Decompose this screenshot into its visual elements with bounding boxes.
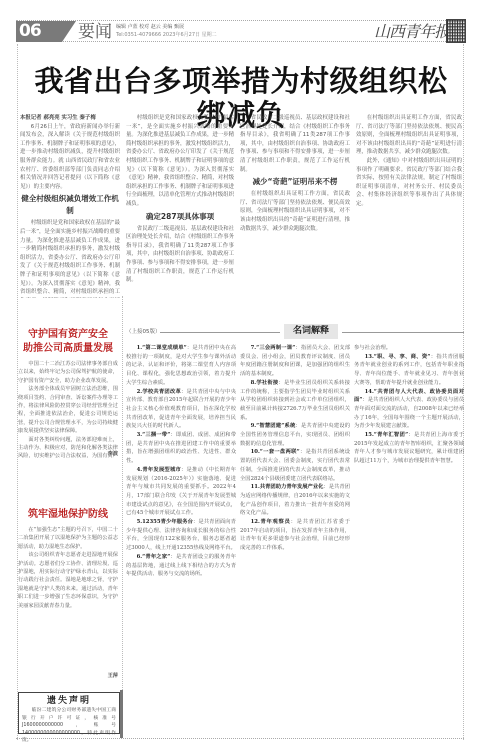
issue-info: Tel:0351-4079666 2023年6月27日 星期二	[116, 32, 217, 39]
masthead: 06 要闻 编辑 卢蓝 校对 赵云 美编 甄展 Tel:0351-4079666…	[16, 20, 464, 42]
glossary-entry: 12.青年观察员：是共青团江苏省委于2017年启动的项目，旨在发挥青年主体作用，…	[240, 518, 350, 553]
lead-story-col-1: 本报记者 郝亮亮 实习生 秦子梅 6月26日上午，省政府新闻办举行新闻发布会，深…	[20, 114, 120, 298]
glossary-entry: 10.“一套一盘两联”：是指共青团系统设置的团代表大会、团委会制度，实行团代表常…	[240, 448, 350, 483]
sidebar-divider	[122, 296, 123, 738]
section-2-paragraph-cont: 省民政厅二级巡视员、基层政权建设和社区治理处处长介绍，结合《村级组织工作事务指导…	[240, 114, 350, 174]
glossary-entry: 3.“三捆一带”：即成团、成团、成团和带团，是共青团中央在推进团建工作中的重要举…	[126, 431, 236, 466]
sidebar-story-1-title: 守护国有资产安全 助推公司高质量发展	[18, 328, 118, 356]
byline: 本报记者 郝亮亮 实习生 秦子梅	[20, 114, 120, 123]
decorative-bar	[120, 690, 123, 738]
qr-code-icon[interactable]	[446, 19, 466, 43]
glossary-entry: 4.青年发展型城市：是推动《中长期青年发展规划（2016-2025年）》实施落地…	[126, 466, 236, 518]
title-line-1: 守护国有资产安全	[18, 328, 118, 342]
glossary-col-3: 参与社会治理。 13.“职、寻、享、商、资”：指共青团服务青年就业创业的系列工作…	[354, 344, 464, 732]
title-line-2: 助推公司高质量发展	[18, 342, 118, 356]
subhead-1: 健全村级组织减负增效工作机制	[20, 193, 120, 217]
glossary-entry: 13.“职、寻、享、商、资”：指共青团服务青年就业创业的系列工作，包括青年职业指…	[354, 353, 464, 388]
glossary-entry: 1.“第二课堂成绩单”：是共青团中央在高校推行的一项制度，是对大学生参与课外活动…	[126, 344, 236, 388]
newspaper-logo: 山西青年报	[374, 21, 449, 42]
section-1-paragraph-cont: 村级组织是党和国家政权在基层的“最后一米”，是全面实施乡村振兴战略的重要力量。为…	[126, 114, 234, 209]
glossary-entry: 14.“共青团与人大代表、政协委员面对面”：是共青团组织人大代表、政协委员与团员…	[354, 388, 464, 432]
notice-title: 遗失声明	[22, 695, 116, 707]
newspaper-page: 06 要闻 编辑 卢蓝 校对 赵云 美编 甄展 Tel:0351-4079666…	[0, 0, 480, 742]
glossary-col-1: 1.“第二课堂成绩单”：是共青团中央在高校推行的一项制度，是对大学生参与课外活动…	[126, 344, 236, 732]
glossary-entry: 11.共青团助力青年发展产业化：是共青团为适应网络传播规律，自2016年以来实施…	[240, 483, 350, 518]
glossary-entry: 6.“青年之家”：是共青团设立的服务青年的基层阵地，通过线上线下相结合的方式为青…	[126, 553, 236, 579]
section-3-paragraph-1-cont: 在村级组织出具证明工作方面，省民政厅、省司法厅等部门坚持依法依规、便民高效原则，…	[356, 114, 462, 157]
glossary-col-2: 7.“三会两制一课”：指团员大会、团支部委员会、团小组会，团员教育评议制度、团员…	[240, 344, 350, 732]
staff-credits: 编辑 卢蓝 校对 赵云 美编 甄展	[116, 24, 184, 31]
issue-date: 2023年6月27日 星期二	[163, 32, 217, 38]
paragraph: 在“加强生态”主题的号召下，中国二十二冶集团开展了以湿地保护为主题的公益志愿活动…	[18, 526, 118, 551]
lead-story-col-2: 村级组织是党和国家政权在基层的“最后一米”，是全面实施乡村振兴战略的重要力量。为…	[126, 114, 234, 298]
glossary-entry: 15.“青年汇智团”：是共青团上海市委于2015年发起成立的青年智库组织，汇聚各…	[354, 431, 464, 466]
glossary-title: 名词解释	[284, 324, 338, 339]
paragraph: 中国二十二冶江苏公司法律事务部自成立以来，始终牢记为公司保驾护航的使命，守护国有…	[18, 360, 118, 385]
sidebar-story-2-body: 在“加强生态”主题的号召下，中国二十二冶集团开展了以湿地保护为主题的公益志愿活动…	[18, 526, 118, 672]
section-2-paragraph: 省民政厅二级巡视员、基层政权建设和社区治理处处长介绍，结合《村级组织工作事务指导…	[126, 225, 234, 285]
glossary-entry: 8.学社衔接：是毕业生团员组织关系转接工作的统称，主要指学生团员毕业时组织关系从…	[240, 379, 350, 423]
rule-left	[160, 332, 280, 333]
glossary-entry: 7.“三会两制一课”：指团员大会、团支部委员会、团小组会，团员教育评议制度、团员…	[240, 344, 350, 379]
glossary-header: （上接05版） 名词解释	[126, 324, 464, 340]
notice-body: 临汾二建筑分公司财务部遗失中国工商银行开户许可证，核准号J16000000000…	[22, 707, 116, 742]
paragraph: 法务部全体成员牢固树立法治思维，围绕项目签约、合同审查、诉讼案件办理等工作，将法…	[18, 385, 118, 435]
lead-story-col-3: 省民政厅二级巡视员、基层政权建设和社区治理处处长介绍，结合《村级组织工作事务指导…	[240, 114, 350, 298]
sidebar-story-1-author: 李波	[18, 450, 118, 458]
section-3-paragraph-2: 此外，《通知》中对村级组织出具证明的事项作了明确要求。省民政厅等部门结合我省实际…	[356, 157, 462, 209]
section-name: 要闻	[78, 22, 112, 42]
bottom-rule	[16, 738, 464, 739]
page-number: 06	[16, 21, 62, 42]
glossary-entry: 2.学校共青团改革：是共青团中央与中央宣传部、教育部自2015年起联合开展的青少…	[126, 388, 236, 432]
subhead-3: 减少“奇葩”证明吊来不楞	[240, 176, 350, 188]
lead-intro: 6月26日上午，省政府新闻办举行新闻发布会，深入解读《关于规范村级组织工作事务、…	[20, 123, 120, 192]
sidebar-story-2-author: 王萍	[18, 672, 118, 680]
sidebar-story-1-body: 中国二十二冶江苏公司法律事务部自成立以来，始终牢记为公司保驾护航的使命，守护国有…	[18, 360, 118, 458]
phone-number: Tel:0351-4079666	[116, 32, 161, 38]
lead-story-col-4: 在村级组织出具证明工作方面，省民政厅、省司法厅等部门坚持依法依规、便民高效原则，…	[356, 114, 462, 298]
subhead-2: 确定287项具体事项	[126, 211, 234, 223]
paragraph: 该公司组织青年志愿者走进湿地开展保护活动。志愿者们分工协作、清理垃圾、巡护湿地，…	[18, 551, 118, 610]
page-number-decoration	[62, 21, 76, 42]
glossary-entry: 5.12355青少年服务台：是共青团面向青少年提供心理、法律咨询和成长服务的综合…	[126, 518, 236, 553]
continued-label: （上接05版）	[126, 327, 161, 335]
glossary-entry: 9.“智慧团建”系统：是共青团中央建设的全国性团务管理信息平台，实现团员、团组织…	[240, 422, 350, 448]
section-1-paragraph: 村级组织是党和国家政权在基层的“最后一米”，是全面实施乡村振兴战略的重要力量。为…	[20, 219, 120, 298]
rule-right	[342, 332, 464, 333]
sidebar-story-2-title: 筑牢湿地保护防线	[18, 508, 118, 522]
section-3-paragraph-1: 在村级组织出具证明工作方面，省民政厅、省司法厅等部门坚持依法依规、便民高效原则，…	[240, 190, 350, 233]
lost-notice: 遗失声明 临汾二建筑分公司财务部遗失中国工商银行开户许可证，核准号J160000…	[18, 692, 120, 734]
glossary-entry: 参与社会治理。	[354, 344, 464, 353]
